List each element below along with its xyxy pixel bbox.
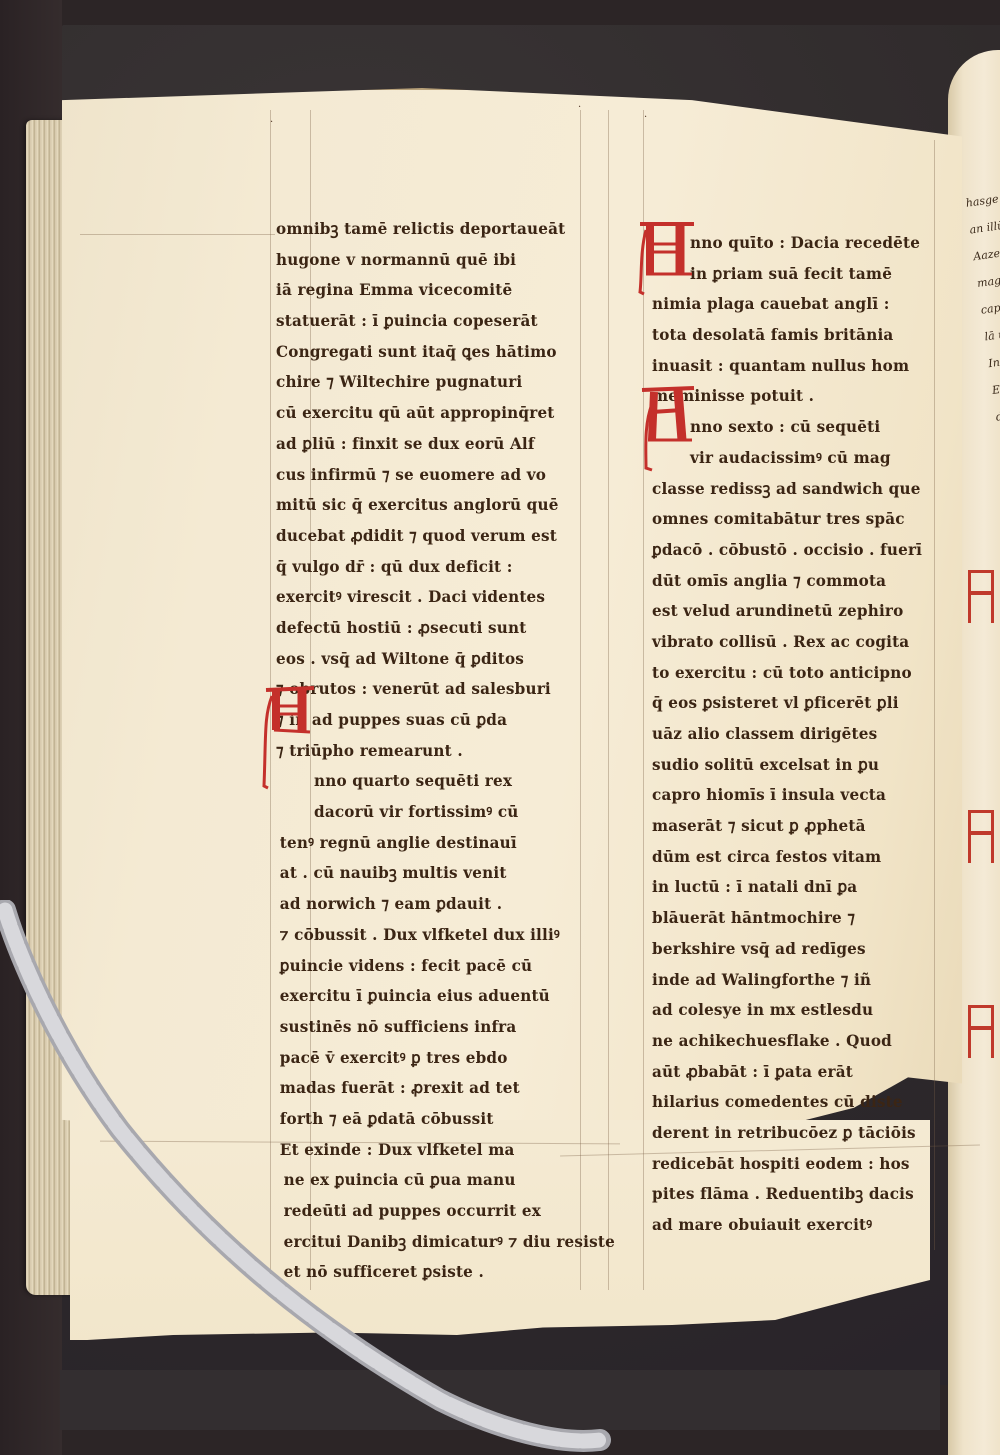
text-line: sustinēs nō sufficiens infra (276, 1012, 590, 1043)
text-line: hilarius comedentes cū diste (652, 1087, 928, 1118)
text-line: ne achikechuesflake . Quod (652, 1026, 928, 1057)
text-line: ad colesye in mx estlesdu (652, 995, 928, 1026)
text-line: cus infirmū ⁊ se euomere ad vo (276, 460, 590, 491)
text-line: at . cū nauibꝫ multis venit (276, 858, 590, 889)
text-line: ⁊ obrutos : venerūt ad salesburi (276, 674, 590, 705)
rubric-initial-a (638, 380, 693, 470)
text-line: eos . vsq̄ ad Wiltone q̄ ꝑditos (276, 644, 590, 675)
text-line: vibrato collisū . Rex ac cogita (652, 627, 928, 658)
text-line: in luctū : ī natali dnī ꝑa (652, 872, 928, 903)
ruling-line (80, 234, 275, 235)
prick-mark: · (578, 102, 581, 113)
text-line: ercitui Danibꝫ dimicaturꝰ ⁊ diu resiste (276, 1227, 590, 1258)
text-line: capro hiomīs ī insula vecta (652, 780, 928, 811)
text-line: ⁊ triūpho remearunt . (276, 736, 590, 767)
facing-page-initial (968, 570, 994, 623)
prick-mark: · (270, 117, 273, 128)
text-line: inde ad Walingforthe ⁊ iñ (652, 965, 928, 996)
text-line: hugone v normannū quē ibi (276, 245, 590, 276)
prick-mark: · (644, 112, 647, 123)
text-column-left: omnibꝫ tamē relictis deportaueāt hugone … (276, 214, 606, 1288)
rubric-initial-a (636, 216, 691, 296)
text-line: ad ꝑliū : finxit se dux eorū Alf (276, 429, 590, 460)
text-line: dūt omīs anglia ⁊ commota (652, 566, 928, 597)
text-line: maserāt ⁊ sicut ꝑ ꝓphetā (652, 811, 928, 842)
text-line: q̄ vulgo dr̄ : qū dux deficit : (276, 552, 590, 583)
text-line: nno quarto sequēti rex (276, 766, 590, 797)
text-line: omnes comitabātur tres spāc (652, 504, 928, 535)
facing-page-initial (968, 810, 994, 863)
ruling-line (608, 110, 609, 1290)
text-line: ducebat ꝓdidit ⁊ quod verum est (276, 521, 590, 552)
text-line: q̄ eos ꝑsisteret vl ꝑficerēt ꝑli (652, 688, 928, 719)
text-line: pites flāma . Reduentibꝫ dacis (652, 1179, 928, 1210)
text-line: est velud arundinetū zephiro (652, 596, 928, 627)
text-line: derent in retribucōez ꝑ tāciōis (652, 1118, 928, 1149)
text-line: forth ⁊ eā ꝑdatā cōbussit (276, 1104, 590, 1135)
text-line: dūm est circa festos vitam (652, 842, 928, 873)
text-line: redicebāt hospiti eodem : hos (652, 1149, 928, 1180)
text-line: inuasit : quantam nullus hom (652, 351, 928, 382)
text-line: pacē v̄ exercitꝰ ꝑ tres ebdo (276, 1043, 590, 1074)
text-line: ad mare obuiauit exercitꝰ (652, 1210, 928, 1241)
text-line: uāz alio classem dirigētes (652, 719, 928, 750)
text-line: tenꝰ regnū anglie destinauī (276, 828, 590, 859)
felt-support-bottom (60, 1370, 940, 1430)
facing-page-initial (968, 1005, 994, 1058)
text-line: ad norwich ⁊ eam ꝑdauit . (276, 889, 590, 920)
text-line: berkshire vsq̄ ad redīges (652, 934, 928, 965)
text-line: Et exinde : Dux vlfketel ma (276, 1135, 590, 1166)
facing-page-text: hasge an illū g Aaze mag capite lā un In… (964, 182, 1000, 832)
text-line: exercitu ī ꝑuincia eius aduentū (276, 981, 590, 1012)
text-line: Congregati sunt itaq̄ ꝗes hātimo (276, 337, 590, 368)
text-line: omnibꝫ tamē relictis deportaueāt (276, 214, 590, 245)
text-line: cū exercitu qū aūt appropinq̄ret (276, 398, 590, 429)
text-line: statuerāt : ī ꝑuincia copeserāt (276, 306, 590, 337)
text-line: ⁊ iñ ad puppes suas cū ꝑda (276, 705, 590, 736)
text-line: mitū sic q̄ exercitus anglorū quē (276, 490, 590, 521)
text-line: tota desolatā famis britānia (652, 320, 928, 351)
text-line: aūt ꝓbabāt : ī ꝑata erāt (652, 1057, 928, 1088)
text-line: madas fuerāt : ꝓrexit ad tet (276, 1073, 590, 1104)
text-line: blāuerāt hāntmochire ⁊ (652, 903, 928, 934)
text-line: iā regina Emma vicecomitē (276, 275, 590, 306)
text-line: ⁊ cōbussit . Dux vlfketel dux illiꝰ (276, 920, 590, 951)
text-line: et nō sufficeret ꝑsiste . (276, 1257, 590, 1288)
rubric-initial-a (262, 676, 314, 786)
text-line: sudio solitū excelsat in ꝑu (652, 750, 928, 781)
text-line: ne ex ꝑuincia cū ꝑua manu (276, 1165, 590, 1196)
text-line: chire ⁊ Wiltechire pugnaturi (276, 367, 590, 398)
text-line: ꝑuincie videns : fecit pacē cū (276, 951, 590, 982)
text-line: exercitꝰ virescit . Daci videntes (276, 582, 590, 613)
text-line: dacorū vir fortissimꝰ cū (276, 797, 590, 828)
text-line: defectū hostiū : ꝓsecuti sunt (276, 613, 590, 644)
text-line: to exercitu : cū toto anticipno (652, 658, 928, 689)
text-line: classe redissꝫ ad sandwich que (652, 474, 928, 505)
text-line: redeūti ad puppes occurrit ex (276, 1196, 590, 1227)
text-line: ꝑdacō . cōbustō . occisio . fuerī (652, 535, 928, 566)
